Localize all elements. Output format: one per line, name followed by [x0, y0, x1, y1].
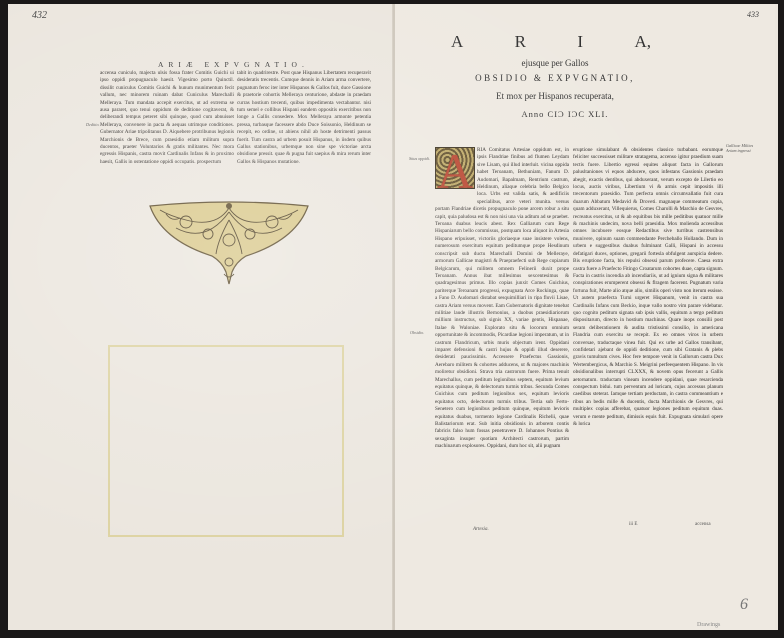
ornament-tailpiece-icon — [146, 200, 312, 286]
margin-note-situs: Situs oppidi. — [409, 156, 430, 161]
title-letter: A — [451, 32, 463, 52]
title-letter: R — [515, 32, 526, 52]
right-text-column-2: eruptione simulabant & obsidentes classi… — [573, 147, 723, 587]
margin-note-gallicae: Gallicae Milites Ariam ingressi — [726, 143, 760, 153]
left-text-column-1: accensa cuniculo, majecta ulsis fossa fr… — [100, 70, 234, 184]
bottom-archive-label: Drawings — [697, 622, 720, 628]
subtitle-line-2: OBSIDIO & EXPVGNATIO, — [415, 73, 695, 83]
left-page: 432 ARIÆ EXPVGNATIO. Deditio. accensa cu… — [8, 4, 393, 630]
document-sheet: 432 ARIÆ EXPVGNATIO. Deditio. accensa cu… — [8, 4, 778, 630]
right-page-number: 433 — [747, 10, 759, 19]
year-line: Anno CIƆ IƆC XLI. — [465, 109, 665, 119]
pencil-number: 6 — [740, 596, 748, 614]
subtitle-line-3: Et mox per Hispanos recuperata, — [425, 91, 685, 101]
left-text-column-2: tabit in quadrirestre. Post quae Hispanu… — [237, 70, 371, 184]
catchword-accensa: accensa — [695, 522, 711, 527]
subtitle-line-1: ejusque per Gallos — [435, 58, 675, 68]
margin-note-obsidio: Obsidio. — [410, 330, 424, 335]
main-title: A R I A, — [451, 32, 651, 52]
left-running-head: ARIÆ EXPVGNATIO. — [158, 60, 309, 69]
right-text-column-1: RIA Comitatus Artesiae oppidum est, in i… — [435, 147, 569, 587]
signature-mark: iii E — [629, 522, 637, 527]
title-letter: I — [577, 32, 583, 52]
right-page: 433 A R I A, ejusque per Gallos OBSIDIO … — [395, 4, 775, 630]
left-margin-note: Deditio. — [86, 122, 100, 127]
catchword-artesia: Artesia. — [473, 527, 489, 532]
left-page-number: 432 — [32, 10, 47, 21]
title-letter: A, — [634, 32, 651, 52]
empty-frame-box — [108, 345, 344, 537]
